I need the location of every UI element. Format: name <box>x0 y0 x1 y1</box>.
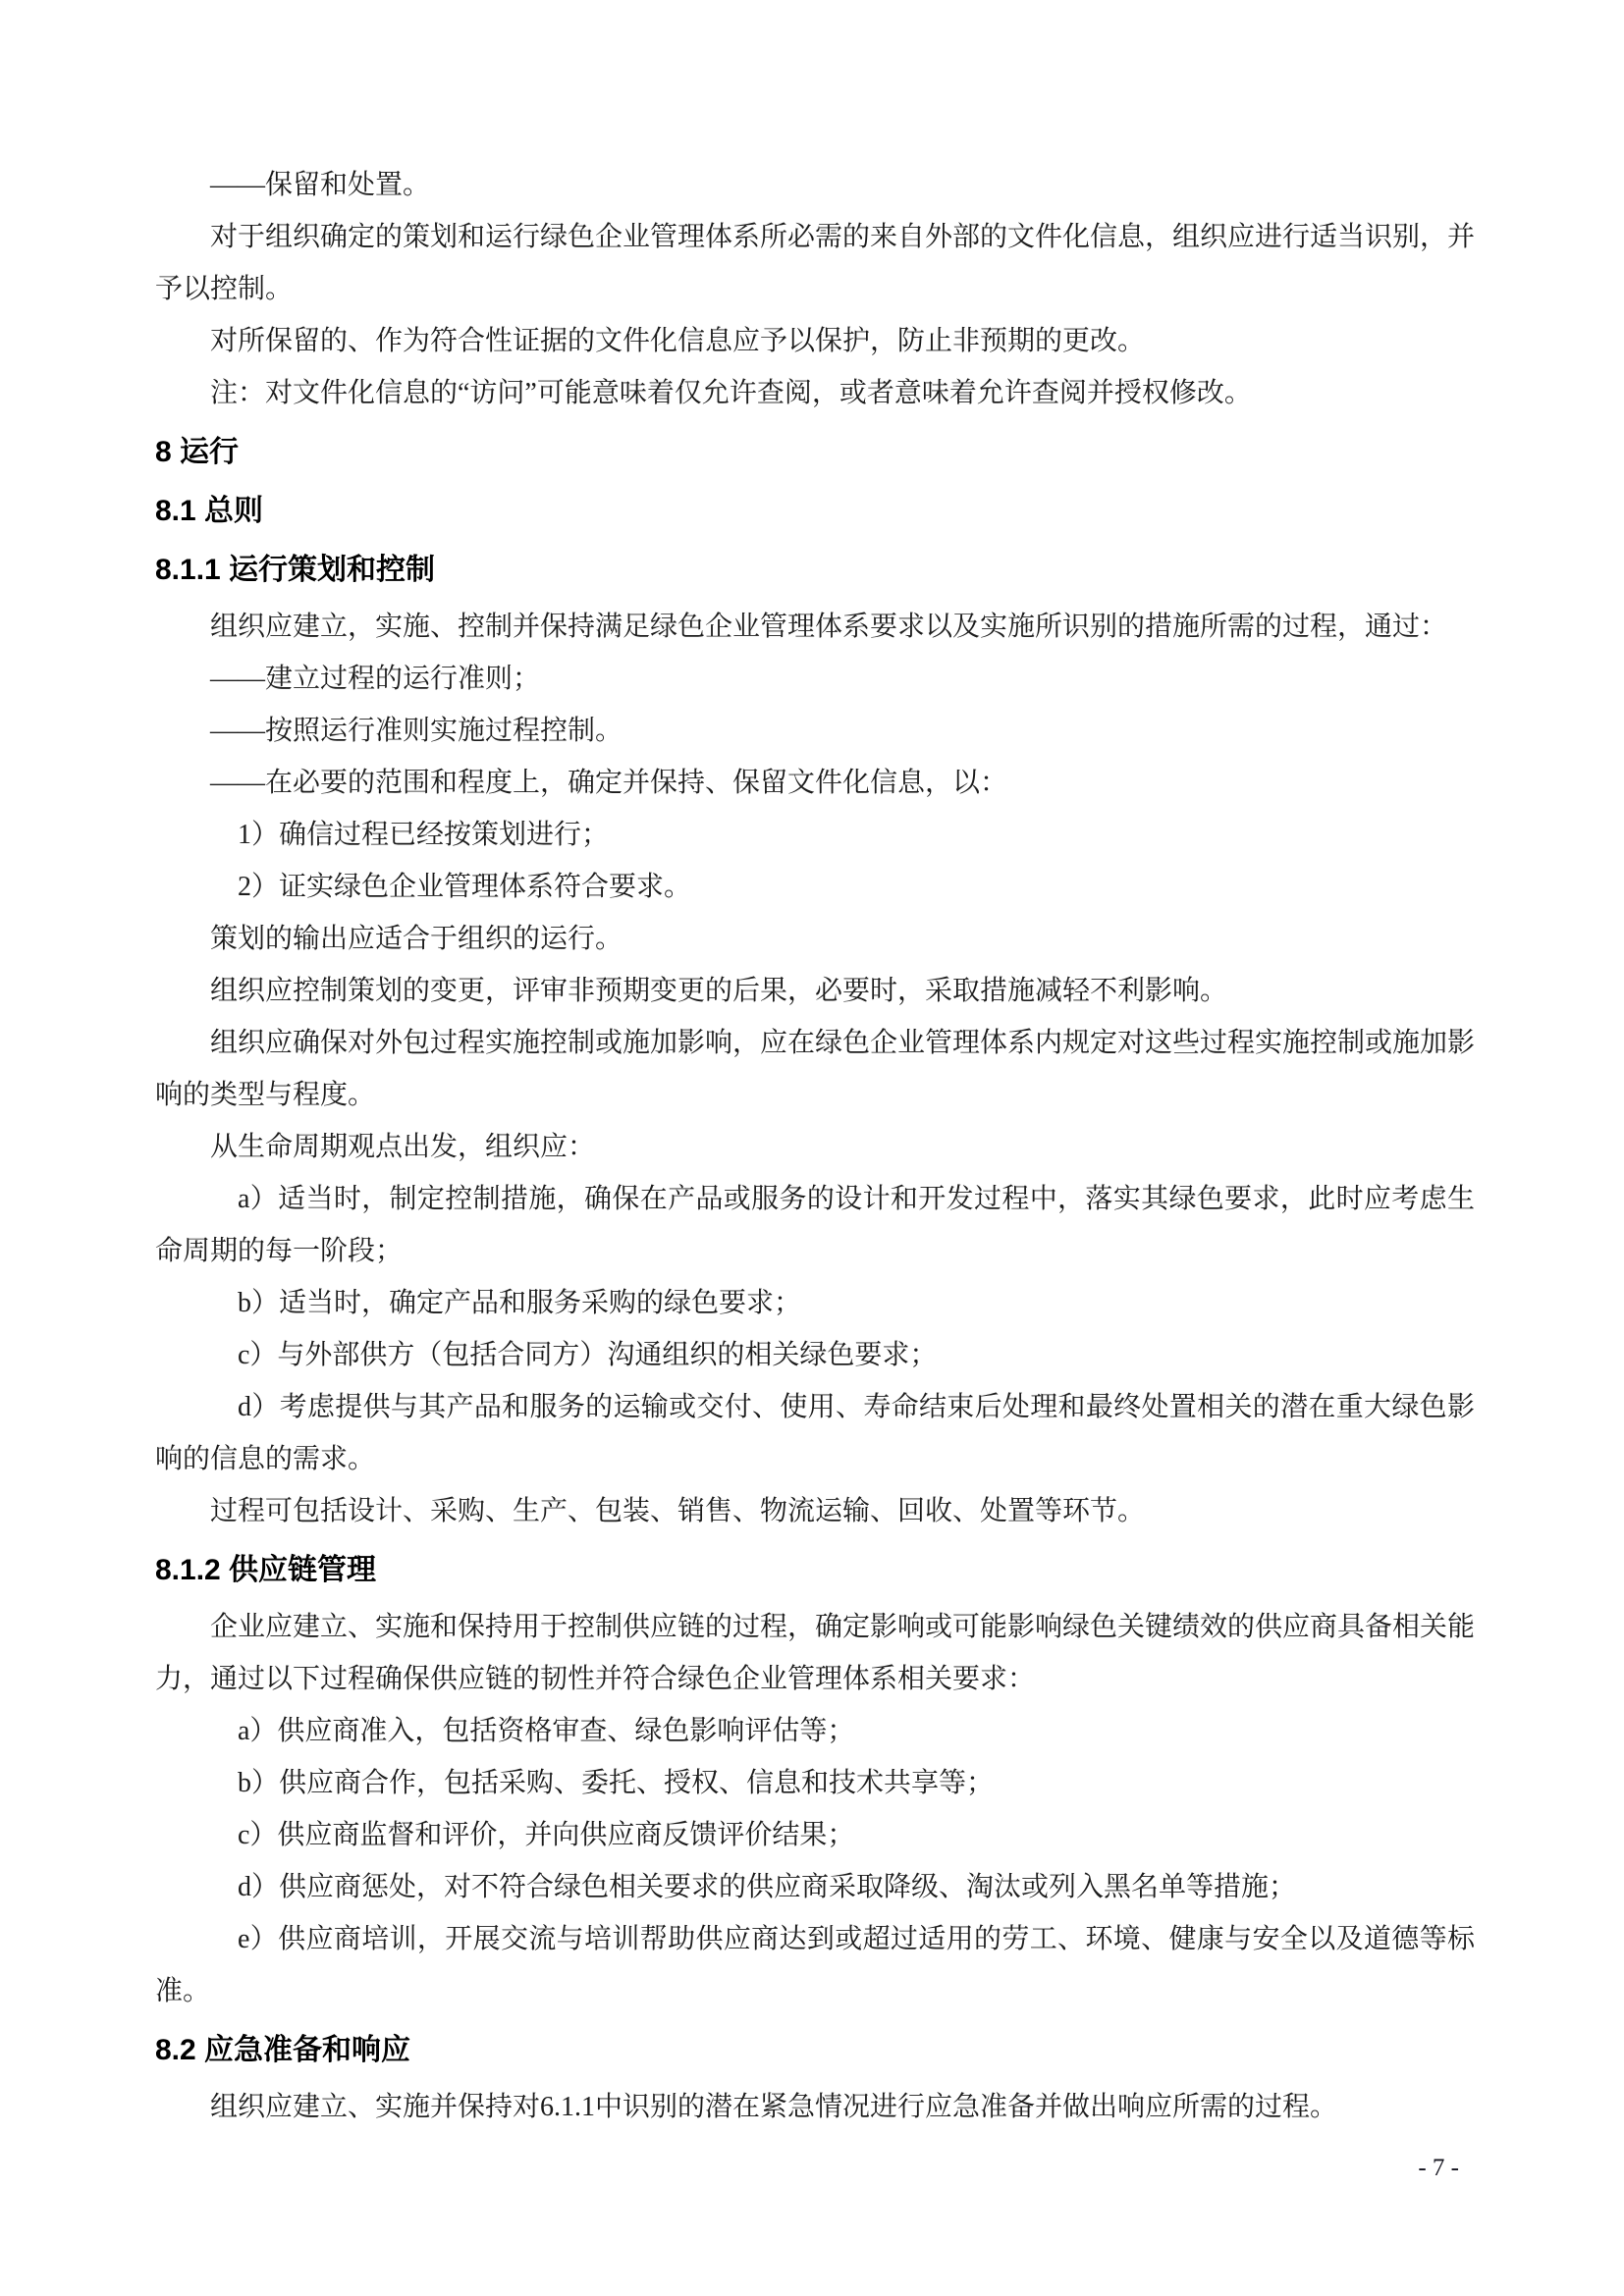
paragraph: 企业应建立、实施和保持用于控制供应链的过程，确定影响或可能影响绿色关键绩效的供应… <box>155 1601 1475 1705</box>
paragraph: 对所保留的、作为符合性证据的文件化信息应予以保护，防止非预期的更改。 <box>155 315 1475 367</box>
list-item: c）与外部供方（包括合同方）沟通组织的相关绿色要求； <box>155 1329 1475 1381</box>
dash-item: ——保留和处置。 <box>155 159 1475 211</box>
heading-8-operation: 8 运行 <box>155 426 1475 478</box>
dash-item: ——按照运行准则实施过程控制。 <box>155 705 1475 757</box>
paragraph: 过程可包括设计、采购、生产、包装、销售、物流运输、回收、处置等环节。 <box>155 1485 1475 1537</box>
paragraph: 组织应建立，实施、控制并保持满足绿色企业管理体系要求以及实施所识别的措施所需的过… <box>155 601 1475 653</box>
heading-8-1-2-supply-chain-management: 8.1.2 供应链管理 <box>155 1544 1475 1596</box>
heading-8-2-emergency-preparedness-response: 8.2 应急准备和响应 <box>155 2024 1475 2076</box>
list-item: b）供应商合作，包括采购、委托、授权、信息和技术共享等； <box>155 1757 1475 1809</box>
list-item: d）考虑提供与其产品和服务的运输或交付、使用、寿命结束后处理和最终处置相关的潜在… <box>155 1381 1475 1485</box>
paragraph: 组织应控制策划的变更，评审非预期变更的后果，必要时，采取措施减轻不利影响。 <box>155 965 1475 1017</box>
note-paragraph: 注：对文件化信息的“访问”可能意味着仅允许查阅，或者意味着允许查阅并授权修改。 <box>155 367 1475 419</box>
paragraph: 组织应确保对外包过程实施控制或施加影响，应在绿色企业管理体系内规定对这些过程实施… <box>155 1017 1475 1121</box>
list-item: 1）确信过程已经按策划进行； <box>155 809 1475 861</box>
list-item: d）供应商惩处，对不符合绿色相关要求的供应商采取降级、淘汰或列入黑名单等措施； <box>155 1861 1475 1913</box>
heading-8-1-1-operational-planning-control: 8.1.1 运行策划和控制 <box>155 544 1475 596</box>
paragraph: 对于组织确定的策划和运行绿色企业管理体系所必需的来自外部的文件化信息，组织应进行… <box>155 211 1475 315</box>
paragraph: 组织应建立、实施并保持对6.1.1中识别的潜在紧急情况进行应急准备并做出响应所需… <box>155 2081 1475 2133</box>
paragraph: 从生命周期观点出发，组织应： <box>155 1121 1475 1173</box>
paragraph: 策划的输出应适合于组织的运行。 <box>155 913 1475 965</box>
dash-item: ——在必要的范围和程度上，确定并保持、保留文件化信息，以： <box>155 757 1475 809</box>
list-item: a）供应商准入，包括资格审查、绿色影响评估等； <box>155 1705 1475 1757</box>
document-page: ——保留和处置。 对于组织确定的策划和运行绿色企业管理体系所必需的来自外部的文件… <box>0 0 1624 2296</box>
list-item: c）供应商监督和评价，并向供应商反馈评价结果； <box>155 1809 1475 1861</box>
page-number: - 7 - <box>155 2149 1475 2188</box>
list-item: 2）证实绿色企业管理体系符合要求。 <box>155 861 1475 913</box>
heading-8-1-general: 8.1 总则 <box>155 485 1475 537</box>
list-item: e）供应商培训，开展交流与培训帮助供应商达到或超过适用的劳工、环境、健康与安全以… <box>155 1913 1475 2017</box>
list-item: a）适当时，制定控制措施，确保在产品或服务的设计和开发过程中，落实其绿色要求，此… <box>155 1173 1475 1277</box>
dash-item: ——建立过程的运行准则； <box>155 653 1475 705</box>
list-item: b）适当时，确定产品和服务采购的绿色要求； <box>155 1277 1475 1329</box>
